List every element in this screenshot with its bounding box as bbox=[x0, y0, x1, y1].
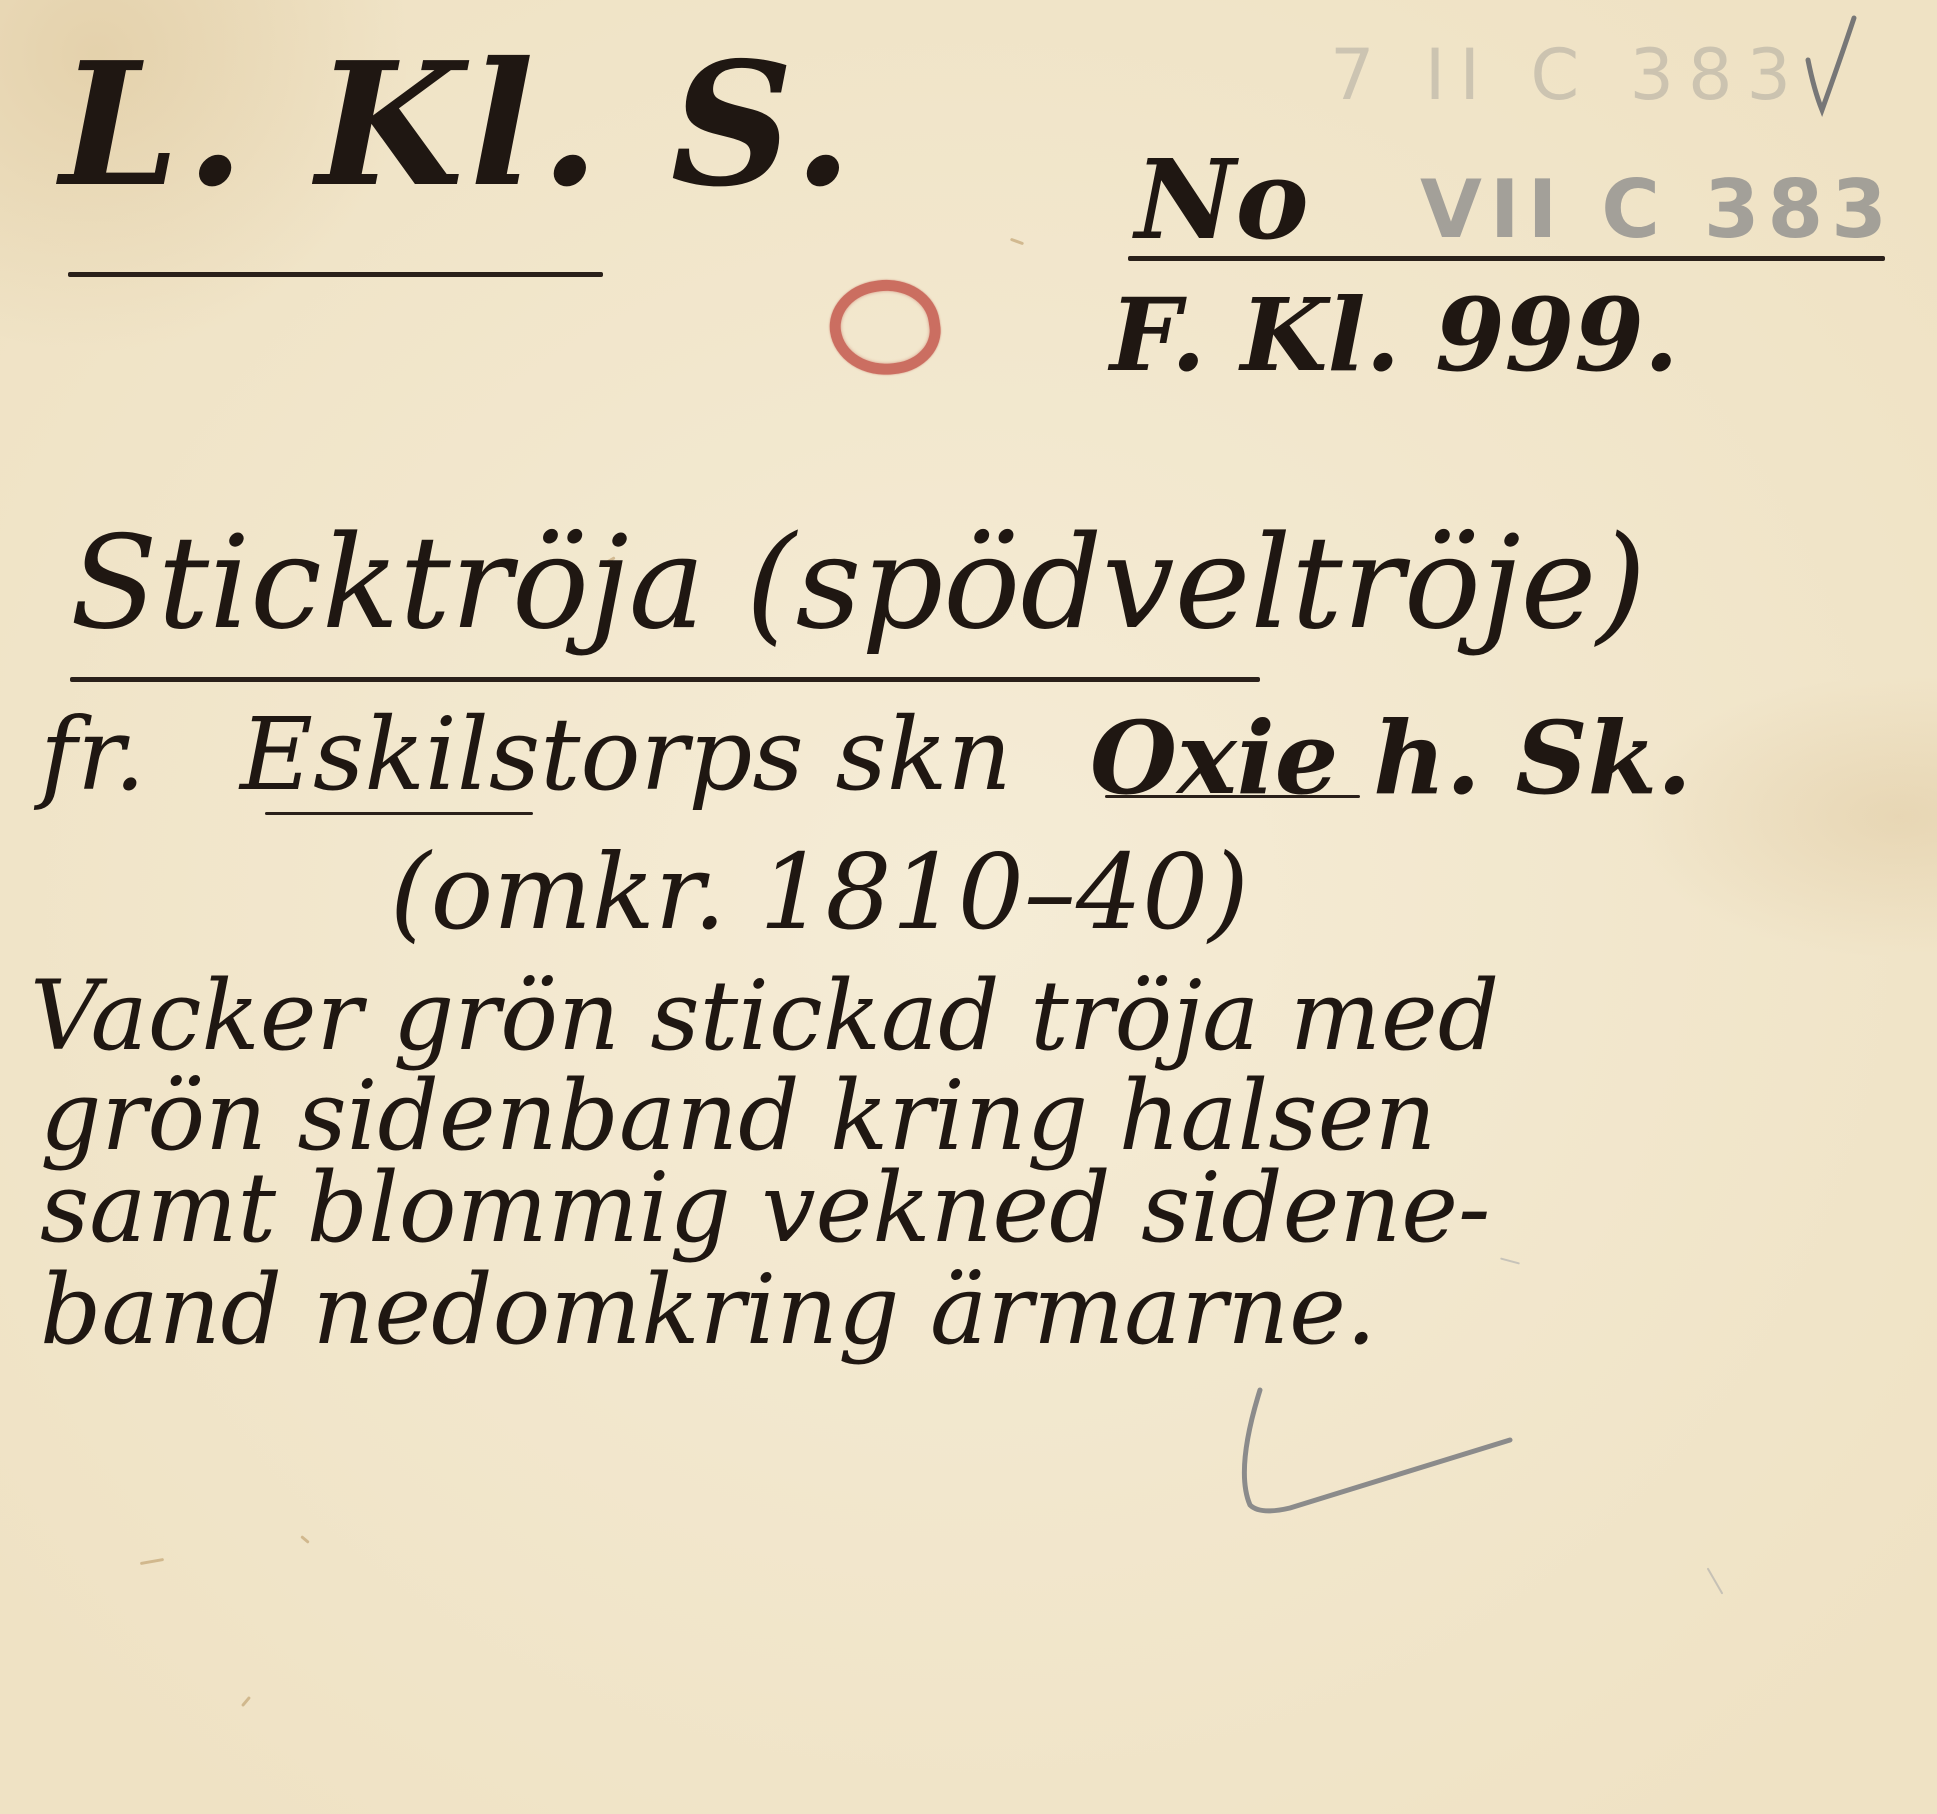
origin-region: Oxie h. Sk. bbox=[1090, 708, 1692, 808]
collection-code: L. Kl. S. bbox=[60, 40, 859, 210]
pencil-check-mark-icon bbox=[1230, 1380, 1530, 1530]
origin-prefix: fr. bbox=[40, 705, 146, 805]
paper-fleck bbox=[140, 1558, 164, 1565]
faint-pencil-number: 7 II C 383 bbox=[1330, 40, 1805, 110]
archive-index-card: L. Kl. S. 7 II C 383 No VII C 383 F. Kl.… bbox=[0, 0, 1937, 1814]
paper-fleck bbox=[300, 1535, 310, 1544]
paper-fleck bbox=[241, 1696, 251, 1707]
pencil-check-icon bbox=[1800, 10, 1860, 120]
number-underline bbox=[1128, 256, 1885, 261]
description-line-4: band nedomkring ärmarne. bbox=[40, 1262, 1376, 1358]
paper-fleck bbox=[1500, 1257, 1520, 1264]
description-line-2: grön sidenband kring halsen bbox=[40, 1068, 1436, 1164]
paper-fleck bbox=[1010, 238, 1024, 246]
header-underline bbox=[68, 272, 603, 277]
catalogue-reference: F. Kl. 999. bbox=[1110, 285, 1679, 385]
origin-parish: Eskilstorps skn bbox=[240, 705, 1012, 805]
date-range: (omkr. 1810–40) bbox=[390, 840, 1249, 944]
description-line-3: samt blommig vekned sidene- bbox=[40, 1160, 1490, 1256]
object-title: Sticktröja (spödveltröje) bbox=[70, 520, 1646, 648]
description-line-1: Vacker grön stickad tröja med bbox=[30, 968, 1499, 1064]
paper-fleck bbox=[1707, 1568, 1724, 1595]
number-label: No bbox=[1135, 145, 1309, 255]
red-circle-mark bbox=[824, 273, 946, 382]
region-underline bbox=[1105, 795, 1360, 798]
inventory-number: VII C 383 bbox=[1420, 170, 1895, 250]
title-underline bbox=[70, 677, 1260, 682]
parish-underline bbox=[265, 812, 533, 815]
